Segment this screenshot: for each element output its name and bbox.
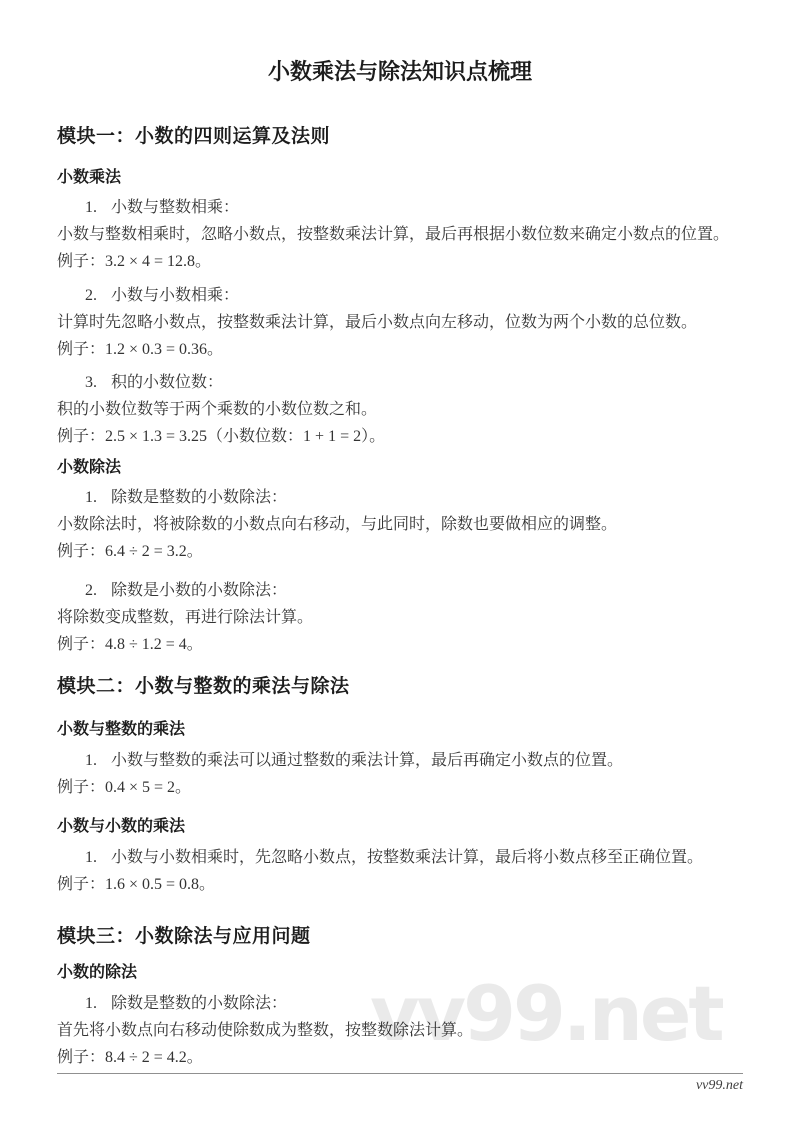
item-title-line: 1.小数与整数相乘： [57,194,743,221]
item-lead: 除数是小数的小数除法： [111,582,287,599]
item-example: 例子：4.8 ÷ 1.2 = 4。 [57,631,743,658]
item-number: 1. [85,752,97,769]
item-body: 小数除法时，将被除数的小数点向右移动，与此同时，除数也要做相应的调整。 [57,511,743,538]
item-example: 例子：1.2 × 0.3 = 0.36。 [57,336,743,363]
group-subheading-decimal-multiplication: 小数乘法 [57,167,743,189]
section-heading-module-1: 模块一：小数的四则运算及法则 [57,124,743,150]
item-example: 例子：6.4 ÷ 2 = 3.2。 [57,538,743,565]
knowledge-item: 2.小数与小数相乘： 计算时先忽略小数点，按整数乘法计算，最后小数点向左移动，位… [57,282,743,363]
knowledge-item: 1.小数与整数相乘： 小数与整数相乘时，忽略小数点，按整数乘法计算，最后再根据小… [57,194,743,275]
item-number: 1. [85,199,97,216]
footer-divider [57,1073,743,1074]
item-body: 计算时先忽略小数点，按整数乘法计算，最后小数点向左移动，位数为两个小数的总位数。 [57,309,743,336]
item-lead: 小数与整数相乘： [111,199,239,216]
section-heading-module-2: 模块二：小数与整数的乘法与除法 [57,674,743,700]
page-title: 小数乘法与除法知识点梳理 [0,57,800,87]
item-example: 例子：0.4 × 5 = 2。 [57,774,743,801]
item-example: 例子：8.4 ÷ 2 = 4.2。 [57,1044,743,1071]
document-content: 小数乘法与除法知识点梳理 模块一：小数的四则运算及法则 小数乘法 1.小数与整数… [0,0,800,1130]
group-subheading-decimal-division: 小数除法 [57,457,743,479]
item-lead: 积的小数位数： [111,374,223,391]
knowledge-item: 1.除数是整数的小数除法： 小数除法时，将被除数的小数点向右移动，与此同时，除数… [57,484,743,565]
knowledge-item: 1.小数与整数的乘法可以通过整数的乘法计算，最后再确定小数点的位置。 例子：0.… [57,747,743,801]
item-body: 将除数变成整数，再进行除法计算。 [57,604,743,631]
item-example: 例子：3.2 × 4 = 12.8。 [57,248,743,275]
item-body: 小数与整数相乘时，忽略小数点，按整数乘法计算，最后再根据小数位数来确定小数点的位… [57,221,743,248]
group-subheading-decimal-division-basics: 小数的除法 [57,962,743,984]
item-example: 例子：1.6 × 0.5 = 0.8。 [57,871,743,898]
item-title-line: 1.小数与小数相乘时，先忽略小数点，按整数乘法计算，最后将小数点移至正确位置。 [57,844,743,871]
item-lead: 小数与小数相乘： [111,287,239,304]
item-number: 2. [85,287,97,304]
footer-site-label: vv99.net [696,1077,743,1095]
item-number: 1. [85,995,97,1012]
item-title-line: 1.除数是整数的小数除法： [57,990,743,1017]
item-number: 2. [85,582,97,599]
item-title-line: 2.除数是小数的小数除法： [57,577,743,604]
item-number: 3. [85,374,97,391]
item-body: 积的小数位数等于两个乘数的小数位数之和。 [57,396,743,423]
item-body: 首先将小数点向右移动使除数成为整数，按整数除法计算。 [57,1017,743,1044]
item-title-line: 1.除数是整数的小数除法： [57,484,743,511]
knowledge-item: 1.除数是整数的小数除法： 首先将小数点向右移动使除数成为整数，按整数除法计算。… [57,990,743,1071]
group-subheading-decimal-integer-multiplication: 小数与整数的乘法 [57,719,743,741]
document-page: vv99.net 小数乘法与除法知识点梳理 模块一：小数的四则运算及法则 小数乘… [0,0,800,1130]
group-subheading-decimal-decimal-multiplication: 小数与小数的乘法 [57,816,743,838]
knowledge-item: 1.小数与小数相乘时，先忽略小数点，按整数乘法计算，最后将小数点移至正确位置。 … [57,844,743,898]
item-lead: 除数是整数的小数除法： [111,995,287,1012]
item-example: 例子：2.5 × 1.3 = 3.25（小数位数：1 + 1 = 2）。 [57,423,743,450]
item-title-line: 1.小数与整数的乘法可以通过整数的乘法计算，最后再确定小数点的位置。 [57,747,743,774]
item-lead: 除数是整数的小数除法： [111,489,287,506]
item-title-line: 3.积的小数位数： [57,369,743,396]
item-lead: 小数与小数相乘时，先忽略小数点，按整数乘法计算，最后将小数点移至正确位置。 [111,849,703,866]
item-title-line: 2.小数与小数相乘： [57,282,743,309]
section-heading-module-3: 模块三：小数除法与应用问题 [57,924,743,950]
knowledge-item: 3.积的小数位数： 积的小数位数等于两个乘数的小数位数之和。 例子：2.5 × … [57,369,743,450]
item-number: 1. [85,849,97,866]
item-number: 1. [85,489,97,506]
item-lead: 小数与整数的乘法可以通过整数的乘法计算，最后再确定小数点的位置。 [111,752,623,769]
knowledge-item: 2.除数是小数的小数除法： 将除数变成整数，再进行除法计算。 例子：4.8 ÷ … [57,577,743,658]
